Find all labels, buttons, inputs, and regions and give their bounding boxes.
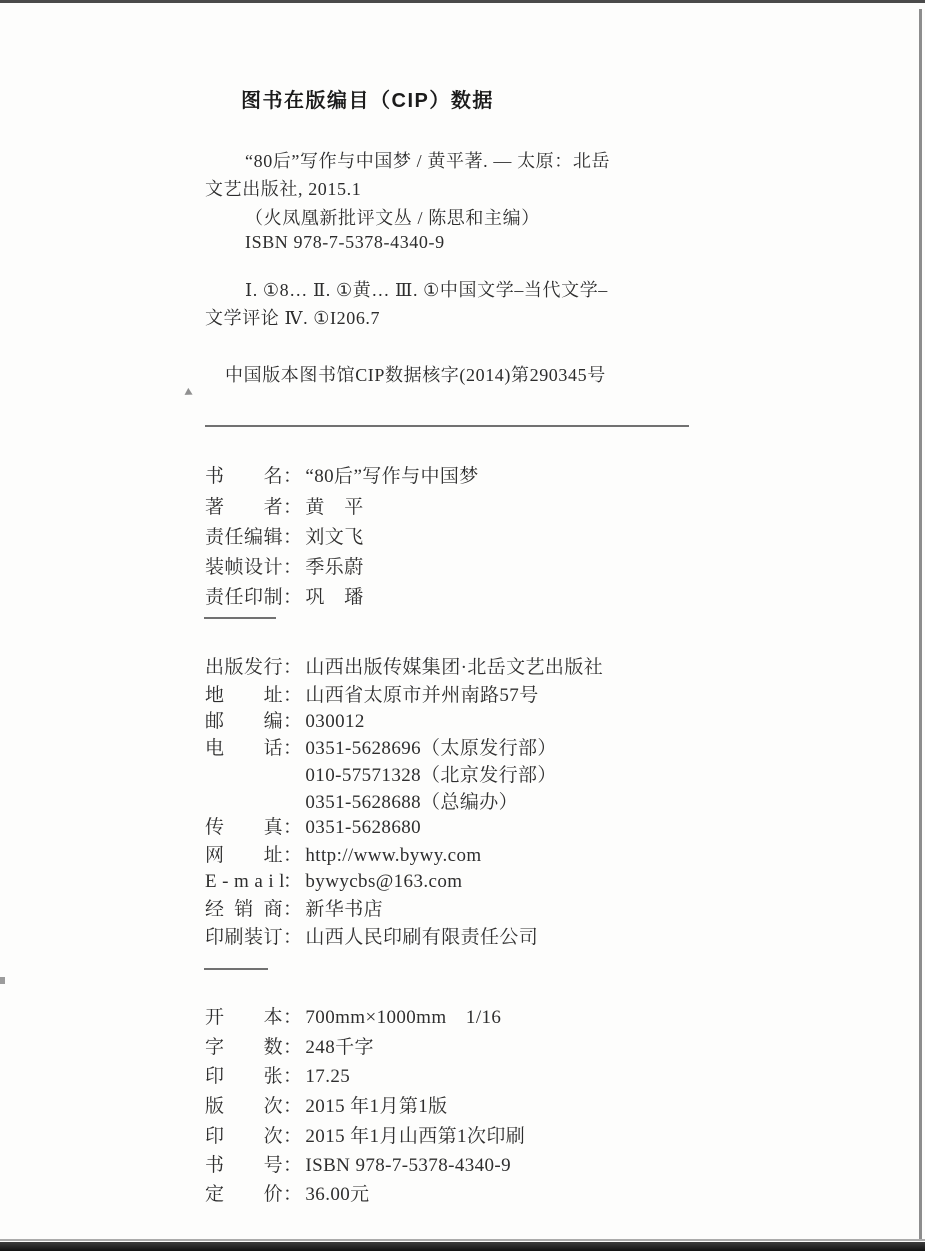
colophon-row-printer: 印刷装订：山西人民印刷有限责任公司 (205, 922, 538, 949)
colophon-row-phone: 电话：0351-5628696（太原发行部） (205, 733, 557, 760)
row-colon: ： (283, 922, 302, 949)
divider-rule-long (205, 425, 689, 427)
scan-top-edge (0, 0, 925, 3)
scan-right-edge (919, 9, 922, 1240)
row-colon: ： (283, 1061, 302, 1088)
colophon-row-title: 书名：“80后”写作与中国梦 (205, 461, 479, 488)
divider-rule-short (204, 617, 276, 619)
row-value: http://www.bywy.com (305, 845, 481, 866)
colophon-row-format: 开本：700mm×1000mm 1/16 (205, 1002, 501, 1029)
row-label: 印次 (205, 1121, 283, 1148)
row-colon: ： (283, 492, 302, 519)
cip-classification-line: 文学评论 Ⅳ. ①I206.7 (205, 304, 380, 330)
row-label: 著者 (205, 492, 283, 519)
colophon-row-print-supervisor: 责任印制：巩 璠 (205, 582, 364, 609)
row-value: 0351-5628696（太原发行部） (305, 738, 556, 759)
cip-description-line: “80后”写作与中国梦 / 黄平著. — 太原：北岳 (205, 147, 610, 173)
row-colon: ： (283, 1179, 302, 1206)
row-value: 030012 (305, 711, 364, 732)
row-colon: ： (283, 1002, 302, 1029)
cip-record-number-line: 中国版本图书馆CIP数据核字(2014)第290345号 (205, 361, 606, 387)
row-label: 印张 (205, 1061, 283, 1088)
row-value: 2015 年1月山西第1次印刷 (305, 1126, 525, 1147)
row-colon: ： (283, 1032, 302, 1059)
row-value: 17.25 (305, 1066, 350, 1087)
cip-description-line: 文艺出版社, 2015.1 (205, 175, 361, 201)
row-value: 山西人民印刷有限责任公司 (305, 927, 538, 948)
colophon-row-wordcount: 字数：248千字 (205, 1032, 374, 1059)
scan-bottom-line (0, 1239, 925, 1241)
colophon-row-email: E - m a i l：bywycbs@163.com (205, 866, 462, 893)
row-colon: ： (283, 706, 302, 733)
colophon-row-website: 网址：http://www.bywy.com (205, 840, 482, 867)
row-label: 网址 (205, 840, 283, 867)
row-label: 版次 (205, 1091, 283, 1118)
row-label: 传真 (205, 812, 283, 839)
row-colon: ： (283, 582, 302, 609)
colophon-row-price: 定价：36.00元 (205, 1179, 370, 1206)
row-colon: ： (283, 1150, 302, 1177)
row-label: 书号 (205, 1150, 283, 1177)
row-label: 定价 (205, 1179, 283, 1206)
row-value: 山西出版传媒集团·北岳文艺出版社 (305, 657, 603, 678)
colophon-row-impression: 印次：2015 年1月山西第1次印刷 (205, 1121, 525, 1148)
row-label: 出版发行 (205, 652, 283, 679)
cip-series-line: （火凤凰新批评文丛 / 陈思和主编） (205, 204, 540, 230)
row-label: 地址 (205, 680, 283, 707)
row-value: 黄 平 (305, 497, 363, 518)
colophon-row-sheets: 印张：17.25 (205, 1061, 350, 1088)
row-value: “80后”写作与中国梦 (305, 466, 478, 487)
colophon-row-postcode: 邮编：030012 (205, 706, 365, 733)
colophon-row-designer: 装帧设计：季乐蔚 (205, 552, 364, 579)
row-value: 0351-5628688（总编办） (305, 792, 518, 813)
row-label: E - m a i l (205, 871, 283, 893)
row-colon: ： (283, 522, 302, 549)
row-value: bywycbs@163.com (305, 871, 462, 892)
row-colon: ： (283, 552, 302, 579)
row-label: 经销商 (205, 894, 283, 921)
row-colon: ： (283, 894, 302, 921)
row-value: 2015 年1月第1版 (305, 1096, 447, 1117)
scan-bottom-strip (0, 1242, 925, 1251)
row-label: 开本 (205, 1002, 283, 1029)
colophon-row-phone-editorial: ：0351-5628688（总编办） (205, 787, 518, 814)
row-value: 季乐蔚 (305, 557, 363, 578)
row-label: 字数 (205, 1032, 283, 1059)
row-colon: ： (283, 461, 302, 488)
row-value: 0351-5628680 (305, 817, 421, 838)
row-value: 700mm×1000mm 1/16 (305, 1007, 501, 1028)
colophon-row-edition: 版次：2015 年1月第1版 (205, 1091, 448, 1118)
divider-rule-short (204, 968, 268, 970)
scan-left-artifact (0, 977, 5, 984)
row-label: 邮编 (205, 706, 283, 733)
row-label: 装帧设计 (205, 552, 283, 579)
colophon-row-distributor: 经销商：新华书店 (205, 894, 383, 921)
row-value: 巩 璠 (305, 587, 363, 608)
cip-heading: 图书在版编目（CIP）数据 (241, 84, 494, 113)
row-colon: ： (283, 866, 302, 893)
row-label: 印刷装订 (205, 922, 283, 949)
colophon-row-editor: 责任编辑：刘文飞 (205, 522, 364, 549)
row-colon: ： (283, 733, 302, 760)
colophon-row-isbn: 书号：ISBN 978-7-5378-4340-9 (205, 1150, 511, 1177)
row-colon: ： (283, 840, 302, 867)
cip-classification-line: Ⅰ. ①8… Ⅱ. ①黄… Ⅲ. ①中国文学–当代文学– (205, 276, 608, 302)
colophon-row-fax: 传真：0351-5628680 (205, 812, 421, 839)
row-label: 责任印制 (205, 582, 283, 609)
row-colon: ： (283, 812, 302, 839)
row-value: 新华书店 (305, 899, 383, 920)
row-label: 责任编辑 (205, 522, 283, 549)
row-value: 248千字 (305, 1037, 374, 1058)
row-value: 刘文飞 (305, 527, 363, 548)
row-colon: ： (283, 652, 302, 679)
colophon-row-author: 著者：黄 平 (205, 492, 364, 519)
colophon-row-phone-beijing: ：010-57571328（北京发行部） (205, 760, 557, 787)
scan-speck-artifact (185, 388, 195, 398)
row-value: ISBN 978-7-5378-4340-9 (305, 1155, 511, 1176)
row-colon: ： (283, 1091, 302, 1118)
row-value: 山西省太原市并州南路57号 (305, 685, 538, 706)
row-colon: ： (283, 680, 302, 707)
row-label: 书名 (205, 461, 283, 488)
row-value: 36.00元 (305, 1184, 369, 1205)
scanned-copyright-page: 图书在版编目（CIP）数据 “80后”写作与中国梦 / 黄平著. — 太原：北岳… (0, 0, 925, 1251)
colophon-row-address: 地址：山西省太原市并州南路57号 (205, 680, 539, 707)
row-colon: ： (283, 1121, 302, 1148)
colophon-row-publisher: 出版发行：山西出版传媒集团·北岳文艺出版社 (205, 652, 603, 679)
row-label: 电话 (205, 733, 283, 760)
row-value: 010-57571328（北京发行部） (305, 765, 556, 786)
cip-isbn-line: ISBN 978-7-5378-4340-9 (205, 232, 445, 253)
